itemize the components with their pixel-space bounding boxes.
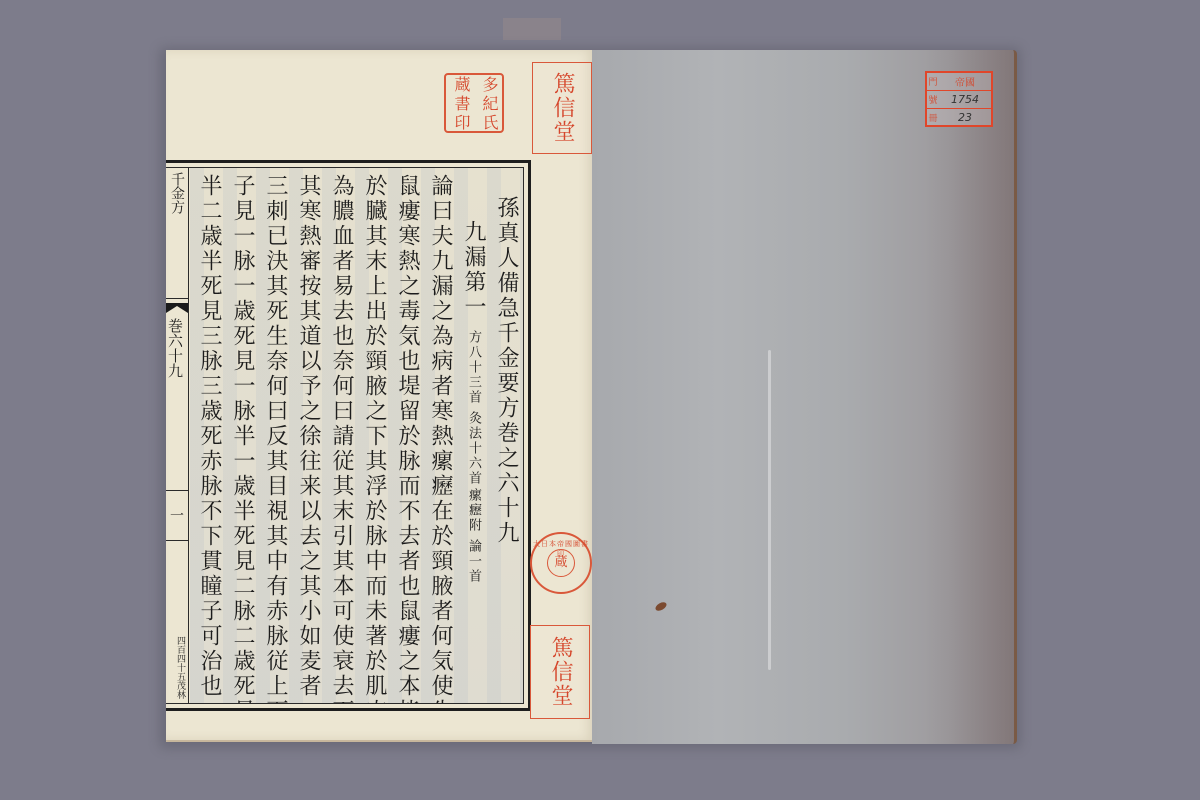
chapter-note-left: 方八十三首 灸法十六首 [466, 330, 481, 486]
fishtail-mark-icon [166, 303, 188, 313]
round-seal-ring-text: 大日本帝國圖書印 [532, 539, 590, 559]
paper-stain [654, 600, 668, 612]
margin-book-title: 千金方 [168, 172, 186, 214]
text-column: 三刺已決其死生奈何曰反其目視其中有赤脉従上下貫瞳 [259, 168, 292, 703]
text-column: 論曰夫九漏之為病者寒熱瘰癧在於頸腋者何気使生此皆 [424, 168, 457, 703]
printed-frame-inner: 千金方 巻六十九 一 四百四十五茂林 孫真人備急千金要方巻之六十九 九漏第一 瘰… [166, 167, 524, 704]
catalog-number: 1754 [939, 93, 991, 106]
color-scale-tab [503, 18, 561, 40]
catalog-label: 冊 [927, 111, 939, 124]
chapter-title: 九漏第一 [461, 220, 486, 320]
text-column: 鼠瘻寒熱之毒気也堤留於脉而不去者也鼠瘻之本皆根在 [391, 168, 424, 703]
chapter-heading: 九漏第一 瘰癧附 論一首 方八十三首 灸法十六首 [457, 168, 490, 703]
volume-heading: 孫真人備急千金要方巻之六十九 [490, 168, 523, 703]
seal-char: 印 [446, 112, 474, 131]
imperial-library-round-seal: 大日本帝國圖書印 蔵 [530, 532, 592, 594]
seal-char: 多 [474, 75, 502, 94]
catalog-number-seal: 門 帝國 號 1754 冊 23 [925, 71, 993, 127]
catalog-number-row: 號 1754 [927, 91, 991, 109]
margin-rule [166, 298, 188, 299]
seal-char: 蔵 [446, 75, 474, 94]
margin-leaf-number: 一 [168, 508, 186, 522]
text-block: 孫真人備急千金要方巻之六十九 九漏第一 瘰癧附 論一首 方八十三首 灸法十六首 … [190, 168, 523, 703]
library-seal-square: 多 紀 氏 蔵 書 印 [444, 73, 504, 133]
catalog-volume-row: 冊 23 [927, 109, 991, 126]
margin-volume: 巻六十九 [168, 318, 186, 378]
right-page-endpaper [592, 50, 1017, 744]
catalog-header: 帝國 [939, 74, 991, 89]
margin-rule [166, 490, 188, 491]
text-column: 其寒熱審按其道以予之徐往来以去之其小如麦者一刺知 [292, 168, 325, 703]
center-fold-margin: 千金方 巻六十九 一 四百四十五茂林 [166, 168, 189, 703]
catalog-label: 門 [927, 75, 939, 88]
text-column: 於臓其末上出於頸腋之下其浮於脉中而未著於肌肉而外 [358, 168, 391, 703]
seal-char: 氏 [474, 112, 502, 131]
catalog-volume: 23 [939, 111, 991, 124]
seal-char: 書 [446, 94, 474, 113]
tokushindo-seal-bottom: 篤信堂 [530, 625, 590, 719]
seal-char: 紀 [474, 94, 502, 113]
chapter-note-right: 瘰癧附 論一首 [466, 488, 481, 584]
paper-crease [768, 350, 771, 670]
text-column: 半二歳半死見三脉三歳死赤脉不下貫瞳子可治也 [193, 168, 226, 703]
chapter-notes: 瘰癧附 論一首 方八十三首 灸法十六首 [466, 330, 481, 584]
printed-frame: 千金方 巻六十九 一 四百四十五茂林 孫真人備急千金要方巻之六十九 九漏第一 瘰… [166, 160, 531, 711]
tokushindo-seal-top: 篤信堂 [532, 62, 592, 154]
catalog-label: 號 [927, 93, 939, 106]
edge-shadow [924, 50, 1014, 744]
catalog-header-row: 門 帝國 [927, 73, 991, 91]
margin-footer: 四百四十五茂林 [169, 636, 185, 699]
margin-rule [166, 540, 188, 541]
text-column: 子見一脉一歳死見一脉半一歳半死見二脉二歳死見二脉 [226, 168, 259, 703]
text-column: 為膿血者易去也奈何曰請従其末引其本可使衰去而絶 [325, 168, 358, 703]
